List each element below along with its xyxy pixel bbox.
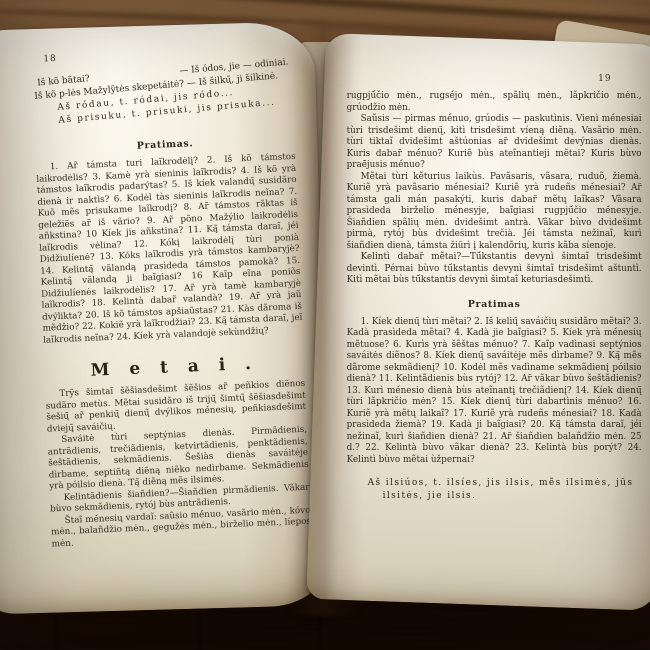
dialog-lines: Iš kõ bãtai? — Iš ódos, jie — odiniai. I… <box>31 56 294 130</box>
paragraph: Saũsis — pirmas mė́nuo, grúodis — paskut… <box>347 114 642 172</box>
right-page: 19 rugpjū́čio mėn., rugsė́jo mėn., spãli… <box>306 33 650 611</box>
left-page-content: 18 Iš kõ bãtai? — Iš ódos, jie — odiniai… <box>31 44 312 550</box>
page-number-right: 19 <box>347 74 642 84</box>
paragraph-continuation: rugpjū́čio mėn., rugsė́jo mėn., spãlių m… <box>347 91 642 114</box>
paragraph: Mẽtai tùri kẽturius laikùs. Pavãsaris, v… <box>347 171 642 252</box>
left-page: 18 Iš kõ bãtai? — Iš ódos, jie — odiniai… <box>0 21 330 615</box>
book-photo-scene: 18 Iš kõ bãtai? — Iš ódos, jie — odiniai… <box>0 0 650 650</box>
conjugation-line: Aš ilsiúos, t. ilsíes, jis ilsis, mẽs il… <box>347 477 642 503</box>
wood-grain-streak <box>380 0 650 16</box>
exercise-heading-left: Pratimas. <box>35 134 295 156</box>
right-page-content: 19 rugpjū́čio mėn., rugsė́jo mėn., spãli… <box>347 74 642 503</box>
exercise-questions-left: 1. Ar̃ támsta turi laĩkrodėlį? 2. Iš kõ … <box>36 152 303 347</box>
paragraph: Kelintì dabar̃ mẽtai?—Tū́kstantis devynì… <box>347 252 642 287</box>
chapter-heading: M e t a i . <box>44 352 305 383</box>
exercise-questions-right: 1. Kíek dienų̃ tùri mẽtai? 2. Iš kelių̃ … <box>347 316 642 466</box>
wood-grain-streak <box>0 8 330 26</box>
exercise-heading-right: Pratimas <box>347 298 642 309</box>
